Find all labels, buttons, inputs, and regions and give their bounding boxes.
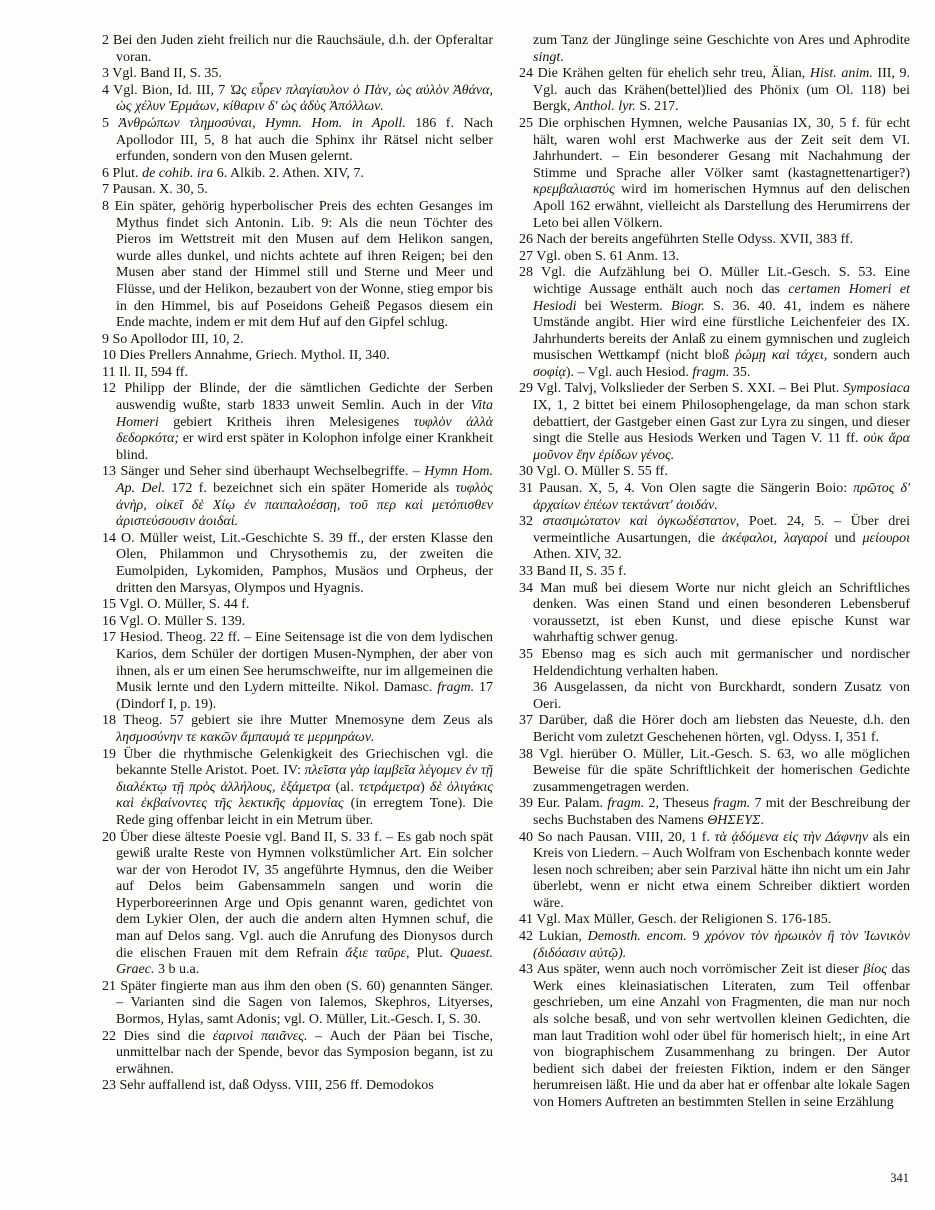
footnote-19: 19 Über die rhythmische Gelenkigkeit des… (102, 747, 493, 830)
footnote-text: Man muß bei diesem Worte nur nicht gleic… (533, 581, 910, 646)
footnote-text: und (828, 531, 863, 546)
footnote-number: 36 (533, 680, 554, 695)
footnote-number: 10 (102, 348, 120, 363)
footnote-text-italic: Hist. anim. (810, 66, 873, 81)
footnote-text: Lukian, (539, 929, 588, 944)
footnote-text: Vgl. O. Müller S. 55 ff. (536, 464, 668, 479)
footnote-24: 24 Die Krähen gelten für ehelich sehr tr… (519, 66, 910, 116)
footnote-number: 2 (102, 33, 113, 48)
footnote-text-italic: Biogr. (671, 299, 705, 314)
footnote-text: So nach Pausan. VIII, 20, 1 f. (538, 830, 715, 845)
footnote-number: 21 (102, 979, 120, 994)
footnote-text: ) (420, 780, 430, 795)
footnote-text: 172 f. bezeichnet sich ein später Homeri… (165, 481, 455, 496)
footnote-text: Plut. (410, 946, 450, 961)
footnote-6: 6 Plut. de cohib. ira 6. Alkib. 2. Athen… (102, 166, 493, 183)
footnote-number: 11 (102, 365, 119, 380)
footnote-text: Pausan. X, 5, 4. Von Olen sagte die Säng… (539, 481, 853, 496)
footnote-text: Vgl. Bion, Id. III, 7 (113, 83, 230, 98)
footnote-text-italic: de cohib. ira (142, 166, 213, 181)
footnote-number: 20 (102, 830, 120, 845)
footnote-text-italic: fragm. (713, 796, 750, 811)
footnote-text: Darüber, daß die Hörer doch am liebsten … (533, 713, 910, 745)
footnote-number: 19 (102, 747, 123, 762)
footnote-text-italic: τὰ ᾀδόμενα εἰς τὴν Δάφνην (715, 830, 869, 845)
footnote-number: 22 (102, 1029, 124, 1044)
footnote-number: 33 (519, 564, 537, 579)
footnote-text: Eur. Palam. (537, 796, 607, 811)
footnote-number: 12 (102, 381, 124, 396)
footnote-text: Theog. 57 gebiert sie ihre Mutter Mnemos… (123, 713, 493, 728)
footnote-text: Die orphischen Hymnen, welche Pausanias … (533, 116, 910, 181)
footnote-text: Nach der bereits angeführten Stelle Odys… (537, 232, 854, 247)
footnote-15: 15 Vgl. O. Müller, S. 44 f. (102, 597, 493, 614)
footnote-text: Vgl. Max Müller, Gesch. der Religionen S… (536, 912, 831, 927)
footnote-number: 43 (519, 962, 537, 977)
footnote-text-italic: ΘΗΣΕΥΣ (707, 813, 760, 828)
footnote-text: 3 b u.a. (155, 962, 200, 977)
footnote-number: 29 (519, 381, 537, 396)
footnote-42: 42 Lukian, Demosth. encom. 9 χρόνον τὸν … (519, 929, 910, 962)
footnote-text: ). – Vgl. auch Hesiod. (566, 365, 693, 380)
footnote-33: 33 Band II, S. 35 f. (519, 564, 910, 581)
footnote-text-italic: Ἀνθρώπων τλημοσύναι, Hymn. Hom. in Apoll… (119, 116, 406, 131)
footnote-text-italic: ῥώμῃ καὶ τάχει, (735, 348, 827, 363)
footnote-31: 31 Pausan. X, 5, 4. Von Olen sagte die S… (519, 481, 910, 514)
footnote-text: Aus später, wenn auch noch vorrömischer … (537, 962, 864, 977)
footnote-number: 34 (519, 581, 540, 596)
footnote-number: 38 (519, 747, 539, 762)
footnote-text: Plut. (113, 166, 143, 181)
footnote-number: 31 (519, 481, 539, 496)
footnote-40: 40 So nach Pausan. VIII, 20, 1 f. τὰ ᾀδό… (519, 830, 910, 913)
footnote-32: 32 στασιμώτατον καὶ ὀγκωδέστατον, Poet. … (519, 514, 910, 564)
footnote-34: 34 Man muß bei diesem Worte nur nicht gl… (519, 581, 910, 647)
footnote-18: 18 Theog. 57 gebiert sie ihre Mutter Mne… (102, 713, 493, 746)
footnote-39: 39 Eur. Palam. fragm. 2, Theseus fragm. … (519, 796, 910, 829)
footnote-number: 6 (102, 166, 113, 181)
footnote-text: Vgl. O. Müller, S. 44 f. (119, 597, 249, 612)
footnote-text: Ebenso mag es sich auch mit germanischer… (533, 647, 910, 679)
footnote-text: Il. II, 594 ff. (119, 365, 188, 380)
footnote-number: 35 (519, 647, 542, 662)
footnote-text-italic: βίος (863, 962, 887, 977)
footnote-20: 20 Über diese älteste Poesie vgl. Band I… (102, 830, 493, 979)
footnote-number: 41 (519, 912, 536, 927)
footnote-text: 2, Theseus (644, 796, 713, 811)
footnote-text: sondern auch (827, 348, 910, 363)
footnote-number: 30 (519, 464, 536, 479)
footnote-text: Band II, S. 35 f. (537, 564, 627, 579)
footnote-text: 6. Alkib. 2. Athen. XIV, 7. (213, 166, 364, 181)
footnote-text: Über diese älteste Poesie vgl. Band II, … (116, 830, 493, 961)
footnote-number: 39 (519, 796, 537, 811)
footnote-text: Ein später, gehörig hyperbolischer Preis… (115, 199, 493, 330)
footnote-22: 22 Dies sind die ἐαρινοὶ παιᾶνες. – Auch… (102, 1029, 493, 1079)
footnote-text: Pausan. X. 30, 5. (113, 182, 208, 197)
footnote-text: S. 217. (636, 99, 679, 114)
footnote-text: O. Müller weist, Lit.-Geschichte S. 39 f… (116, 531, 493, 596)
footnote-17: 17 Hesiod. Theog. 22 ff. – Eine Seitensa… (102, 630, 493, 713)
footnote-text: . (760, 813, 764, 828)
footnote-text: Dies sind die (124, 1029, 213, 1044)
footnote-38: 38 Vgl. hierüber O. Müller, Lit.-Gesch. … (519, 747, 910, 797)
footnote-2: 2 Bei den Juden zieht freilich nur die R… (102, 33, 493, 66)
footnote-text: Dies Prellers Annahme, Griech. Mythol. I… (120, 348, 390, 363)
footnote-number: 17 (102, 630, 120, 645)
footnote-text-italic: Symposiaca (843, 381, 910, 396)
footnote-text: Vgl. oben S. 61 Anm. 13. (536, 249, 679, 264)
footnote-number: 24 (519, 66, 538, 81)
footnote-number: 7 (102, 182, 113, 197)
footnote-8: 8 Ein später, gehörig hyperbolischer Pre… (102, 199, 493, 332)
footnote-text-italic: σοφίᾳ (533, 365, 566, 380)
footnote-text-italic: μείουροι (863, 531, 910, 546)
footnote-text: Vgl. O. Müller S. 139. (119, 614, 245, 629)
footnote-text-italic: Demosth. encom. (588, 929, 687, 944)
footnote-21: 21 Später fingierte man aus ihm den oben… (102, 979, 493, 1029)
footnote-text-italic: fragm. (607, 796, 644, 811)
footnote-28: 28 Vgl. die Aufzählung bei O. Müller Lit… (519, 265, 910, 381)
footnote-text-italic: fragm. (437, 680, 474, 695)
footnote-5: 5 Ἀνθρώπων τλημοσύναι, Hymn. Hom. in Apo… (102, 116, 493, 166)
footnote-text: Sänger und Seher sind überhaupt Wechselb… (121, 464, 425, 479)
footnote-text-italic: κρεμβαλιαστύς (533, 182, 615, 197)
footnote-text: Die Krähen gelten für ehelich sehr treu,… (538, 66, 810, 81)
footnote-number: 8 (102, 199, 115, 214)
footnote-30: 30 Vgl. O. Müller S. 55 ff. (519, 464, 910, 481)
footnote-26: 26 Nach der bereits angeführten Stelle O… (519, 232, 910, 249)
footnotes-column-left: 2 Bei den Juden zieht freilich nur die R… (102, 33, 493, 1112)
footnote-3: 3 Vgl. Band II, S. 35. (102, 66, 493, 83)
footnote-text: 35. (729, 365, 750, 380)
footnote-16: 16 Vgl. O. Müller S. 139. (102, 614, 493, 631)
footnote-number: 37 (519, 713, 539, 728)
footnote-number: 32 (519, 514, 543, 529)
footnote-text: Vgl. hierüber O. Müller, Lit.-Gesch. S. … (533, 747, 910, 795)
footnote-27: 27 Vgl. oben S. 61 Anm. 13. (519, 249, 910, 266)
footnote-14: 14 O. Müller weist, Lit.-Geschichte S. 3… (102, 531, 493, 597)
footnote-number: 16 (102, 614, 119, 629)
footnote-text-italic: ἀκέφαλοι, λαγαροί (722, 531, 828, 546)
footnote-25: 25 Die orphischen Hymnen, welche Pausani… (519, 116, 910, 232)
footnote-text: . (560, 50, 564, 65)
footnote-number: 42 (519, 929, 539, 944)
footnote-continuation: zum Tanz der Jünglinge seine Geschichte … (519, 33, 910, 66)
footnote-text: Vgl. Talvj, Volkslieder der Serben S. XX… (537, 381, 844, 396)
footnote-23: 23 Sehr auffallend ist, daß Odyss. VIII,… (102, 1078, 493, 1095)
footnotes-area: 2 Bei den Juden zieht freilich nur die R… (102, 33, 910, 1112)
footnote-number: 27 (519, 249, 536, 264)
footnote-number: 15 (102, 597, 119, 612)
footnote-9: 9 So Apollodor III, 10, 2. (102, 332, 493, 349)
footnote-number: 14 (102, 531, 121, 546)
footnote-text: Athen. XIV, 32. (533, 547, 622, 562)
footnote-number: 9 (102, 332, 113, 347)
footnote-text: Sehr auffallend ist, daß Odyss. VIII, 25… (120, 1078, 434, 1093)
footnote-text: So Apollodor III, 10, 2. (113, 332, 244, 347)
footnote-43: 43 Aus später, wenn auch noch vorrömisch… (519, 962, 910, 1111)
footnote-text: Philipp der Blinde, der die sämtlichen G… (116, 381, 493, 413)
footnote-29: 29 Vgl. Talvj, Volkslieder der Serben S.… (519, 381, 910, 464)
footnote-text: gebiert Kritheis ihren Melesigenes (159, 415, 414, 430)
footnote-7: 7 Pausan. X. 30, 5. (102, 182, 493, 199)
footnote-number: 40 (519, 830, 538, 845)
footnote-text: bei Westerm. (577, 299, 671, 314)
footnote-number: 5 (102, 116, 119, 131)
footnote-number: 25 (519, 116, 538, 131)
footnote-text-italic: singt (533, 50, 560, 65)
footnote-number: 28 (519, 265, 541, 280)
footnotes-column-right: zum Tanz der Jünglinge seine Geschichte … (519, 33, 910, 1112)
footnote-36: 36 Ausgelassen, da nicht von Burckhardt,… (519, 680, 910, 713)
footnote-text-italic: ἄξιε ταῦρε, (345, 946, 409, 961)
footnote-number: 18 (102, 713, 123, 728)
footnote-text: 9 (687, 929, 706, 944)
footnote-text: Bei den Juden zieht freilich nur die Rau… (113, 33, 493, 65)
page-number: 341 (519, 1171, 909, 1185)
footnote-number: 23 (102, 1078, 120, 1093)
footnote-text-italic: λησμοσύνην τε κακῶν ἄμπαυμά τε μερμηράων… (116, 730, 375, 745)
footnote-11: 11 Il. II, 594 ff. (102, 365, 493, 382)
footnote-number: 4 (102, 83, 113, 98)
footnote-text: das Werk eines kleinasiatischen Literate… (533, 962, 910, 1110)
footnote-text: Später fingierte man aus ihm den oben (S… (116, 979, 493, 1027)
footnote-text: Vgl. Band II, S. 35. (112, 66, 222, 81)
footnote-10: 10 Dies Prellers Annahme, Griech. Mythol… (102, 348, 493, 365)
footnote-text: (al. (331, 780, 359, 795)
footnote-text-italic: ἐαρινοὶ παιᾶνες. (213, 1029, 308, 1044)
footnote-text: Ausgelassen, da nicht von Burckhardt, so… (533, 680, 910, 712)
book-page: 2 Bei den Juden zieht freilich nur die R… (0, 0, 935, 1210)
footnote-text: zum Tanz der Jünglinge seine Geschichte … (533, 33, 910, 48)
footnote-number: 13 (102, 464, 121, 479)
footnote-text-italic: fragm. (692, 365, 729, 380)
footnote-4: 4 Vgl. Bion, Id. III, 7 Ὡς εὗρεν πλαγίαυ… (102, 83, 493, 116)
footnote-text-italic: τετράμετρα (359, 780, 420, 795)
footnote-13: 13 Sänger und Seher sind überhaupt Wechs… (102, 464, 493, 530)
footnote-35: 35 Ebenso mag es sich auch mit germanisc… (519, 647, 910, 680)
footnote-number: 3 (102, 66, 112, 81)
footnote-number: 26 (519, 232, 537, 247)
footnote-text-italic: στασιμώτατον καὶ ὀγκωδέστατον, (543, 514, 740, 529)
footnote-37: 37 Darüber, daß die Hörer doch am liebst… (519, 713, 910, 746)
footnote-text-italic: Anthol. lyr. (574, 99, 636, 114)
footnote-12: 12 Philipp der Blinde, der die sämtliche… (102, 381, 493, 464)
footnote-text: IX, 1, 2 bittet bei einem Philosophengel… (533, 398, 910, 446)
footnote-41: 41 Vgl. Max Müller, Gesch. der Religione… (519, 912, 910, 929)
